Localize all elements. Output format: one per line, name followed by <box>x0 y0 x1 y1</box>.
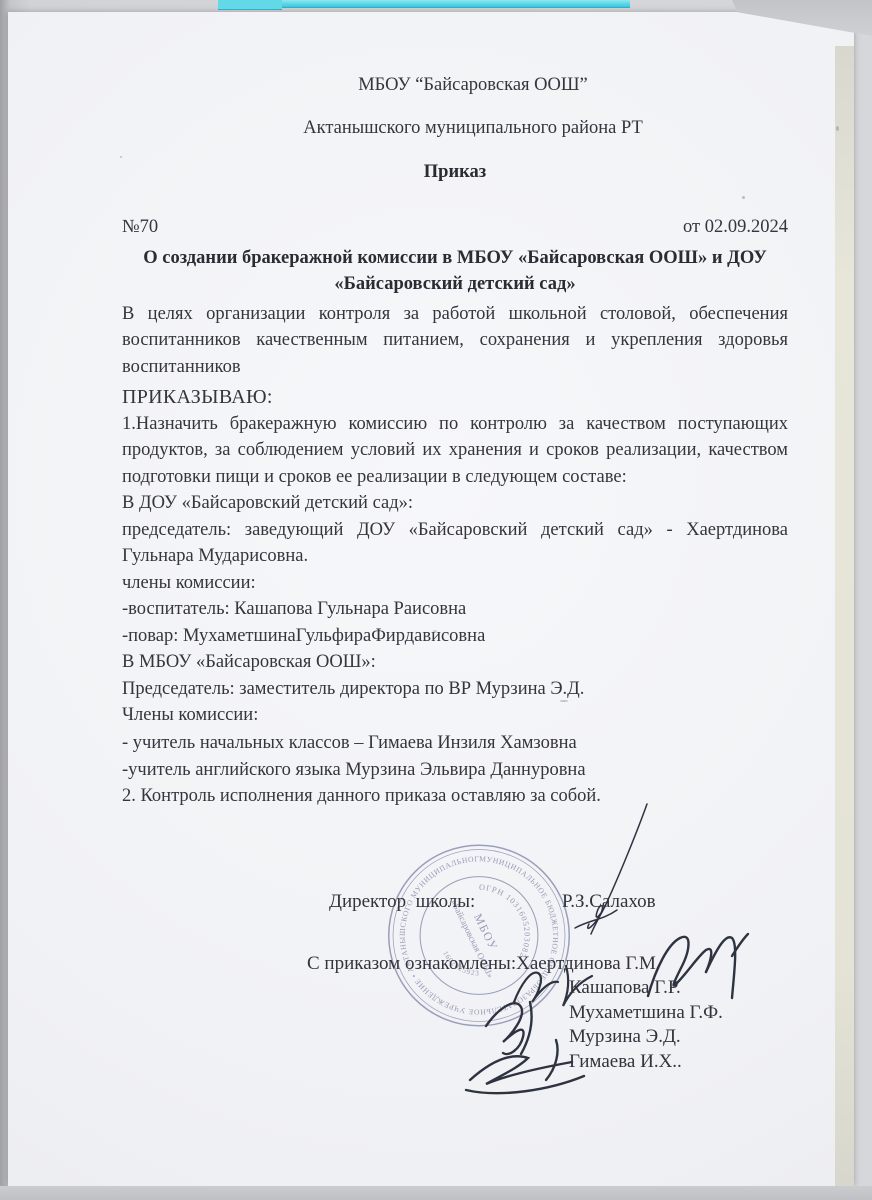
doc-paragraph: -воспитатель: Кашапова Гульнара Раисовна <box>122 596 788 623</box>
director-label: Директор школы: <box>329 891 475 913</box>
signature-khaertdinova <box>640 922 755 1007</box>
scan-speck <box>560 700 568 702</box>
doc-paragraph: МБОУ “Байсаровская ООШ” <box>140 72 806 99</box>
doc-paragraph: О создании бракеражной комиссии в МБОУ «… <box>122 245 788 298</box>
doc-paragraph: -учитель английского языка Мурзина Эльви… <box>122 757 788 784</box>
order-number: №70 <box>122 214 158 241</box>
scanned-order-document: МБОУ “Байсаровская ООШ”Актанышского муни… <box>0 0 872 1200</box>
paper-edge-right <box>835 46 854 1198</box>
tape-strip <box>218 0 630 8</box>
doc-paragraph: Приказ <box>122 159 788 186</box>
doc-paragraph: 2. Контроль исполнения данного приказа о… <box>122 783 788 810</box>
doc-paragraph: председатель: заведующий ДОУ «Байсаровск… <box>122 517 788 570</box>
background-bottom <box>0 1186 872 1200</box>
doc-paragraph: Актанышского муниципального района РТ <box>140 115 806 142</box>
doc-paragraph: ПРИКАЗЫВАЮ: <box>122 384 788 411</box>
doc-header: МБОУ “Байсаровская ООШ”Актанышского муни… <box>122 72 788 185</box>
doc-paragraph: - учитель начальных классов – Гимаева Ин… <box>122 730 788 757</box>
doc-paragraph: 1.Назначить бракеражную комиссию по конт… <box>122 411 788 491</box>
doc-paragraph: В ДОУ «Байсаровский детский сад»: <box>122 490 788 517</box>
scan-speck <box>120 156 122 158</box>
order-date: от 02.09.2024 <box>683 214 788 241</box>
signature-murzina-gimaeva <box>458 994 593 1099</box>
document-text: МБОУ “Байсаровская ООШ”Актанышского муни… <box>122 72 788 810</box>
doc-paragraph: члены комиссии: <box>122 570 788 597</box>
scan-speck <box>433 630 437 633</box>
number-date-row: №70 от 02.09.2024 <box>122 214 788 241</box>
doc-paragraph: Председатель: заместитель директора по В… <box>122 676 788 703</box>
scan-speck <box>742 196 745 199</box>
doc-body: О создании бракеражной комиссии в МБОУ «… <box>122 245 788 810</box>
doc-paragraph: Члены комиссии: <box>122 702 788 729</box>
doc-paragraph: В целях организации контроля за работой … <box>122 301 788 381</box>
scan-speck <box>836 126 839 131</box>
doc-paragraph: -повар: МухаметшинаГульфираФирдависовна <box>122 623 788 650</box>
doc-paragraph: В МБОУ «Байсаровская ООШ»: <box>122 649 788 676</box>
